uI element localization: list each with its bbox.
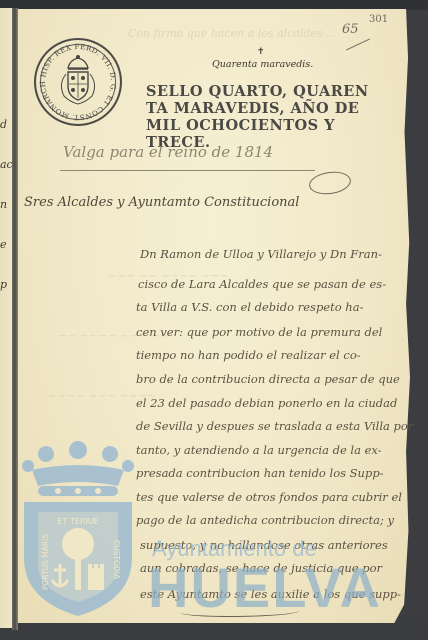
body-line: pago de la antedicha contribucion direct… — [136, 513, 394, 527]
svg-text:PORTUS MARIS: PORTUS MARIS — [41, 534, 50, 590]
body-line: tes que valerse de otros fondos para cub… — [136, 490, 402, 504]
svg-text:HISP. REX FERD. VII. D. G. ET: HISP. REX FERD. VII. D. G. ET CONST. MON… — [36, 40, 118, 122]
folio-secondary-number: 301 — [369, 14, 388, 25]
svg-text:ET TERRÆ: ET TERRÆ — [57, 517, 99, 526]
salutation: Sres Alcaldes y Ayuntamto Constitucional — [24, 195, 299, 210]
validity-note: Valga para el reino de 1814 — [63, 143, 273, 161]
facing-page-text: d — [0, 118, 7, 131]
stamp-heading-line: SELLO QUARTO, QUAREN — [146, 83, 396, 100]
body-line: presada contribucion han tenido los Supp… — [136, 466, 384, 480]
scanner-background-bottom — [0, 620, 428, 640]
huelva-coat-of-arms-icon: ET TERRÆ PORTUS MARIS CUSTODIA — [18, 440, 138, 620]
coat-of-arms-icon: HISP. REX FERD. VII. D. G. ET CONST. MON… — [36, 40, 120, 124]
royal-seal-stamp: HISP. REX FERD. VII. D. G. ET CONST. MON… — [34, 38, 122, 126]
body-line: bro de la contribucion directa a pesar d… — [136, 372, 400, 386]
stamp-heading-line: MIL OCHOCIENTOS Y — [146, 117, 396, 134]
svg-text:CUSTODIA: CUSTODIA — [112, 540, 121, 580]
facing-page-text: ac — [0, 158, 13, 171]
stamp-price-line: Quarenta maravedis. — [212, 59, 313, 70]
stamp-heading-line: TA MARAVEDIS, AÑO DE — [146, 100, 396, 117]
body-line: de Sevilla y despues se traslada a esta … — [136, 419, 413, 433]
body-line: el 23 del pasado debian ponerlo en la ci… — [136, 396, 397, 410]
facing-page-text: n — [0, 198, 7, 211]
body-line: ta Villa a V.S. con el debido respeto ha… — [136, 300, 363, 314]
stamped-paper-heading: SELLO QUARTO, QUAREN TA MARAVEDIS, AÑO D… — [146, 83, 396, 151]
body-line: tiempo no han podido el realizar el co- — [136, 348, 361, 362]
facing-page-text: e — [0, 238, 7, 251]
cross-icon: ✝ — [257, 47, 265, 57]
bleed-through-text: Con firma que hacen a los alcaldes ... — [128, 27, 337, 40]
body-line: cen ver: que por motivo de la premura de… — [136, 325, 382, 339]
watermark-huelva: HUELVA — [148, 560, 382, 616]
salutation-text: Sres Alcaldes y Ayuntamto Constitucional — [24, 195, 299, 210]
folio-number: 65 — [342, 22, 359, 37]
validity-underline — [60, 170, 315, 171]
facing-page-edge: d ac n e p — [0, 8, 12, 628]
body-line: cisco de Lara Alcaldes que se pasan de e… — [138, 277, 386, 291]
scanner-background-top — [0, 0, 428, 10]
body-line: Dn Ramon de Ulloa y Villarejo y Dn Fran- — [140, 247, 382, 261]
facing-page-text: p — [0, 278, 7, 291]
body-line: tanto, y atendiendo a la urgencia de la … — [136, 443, 382, 457]
